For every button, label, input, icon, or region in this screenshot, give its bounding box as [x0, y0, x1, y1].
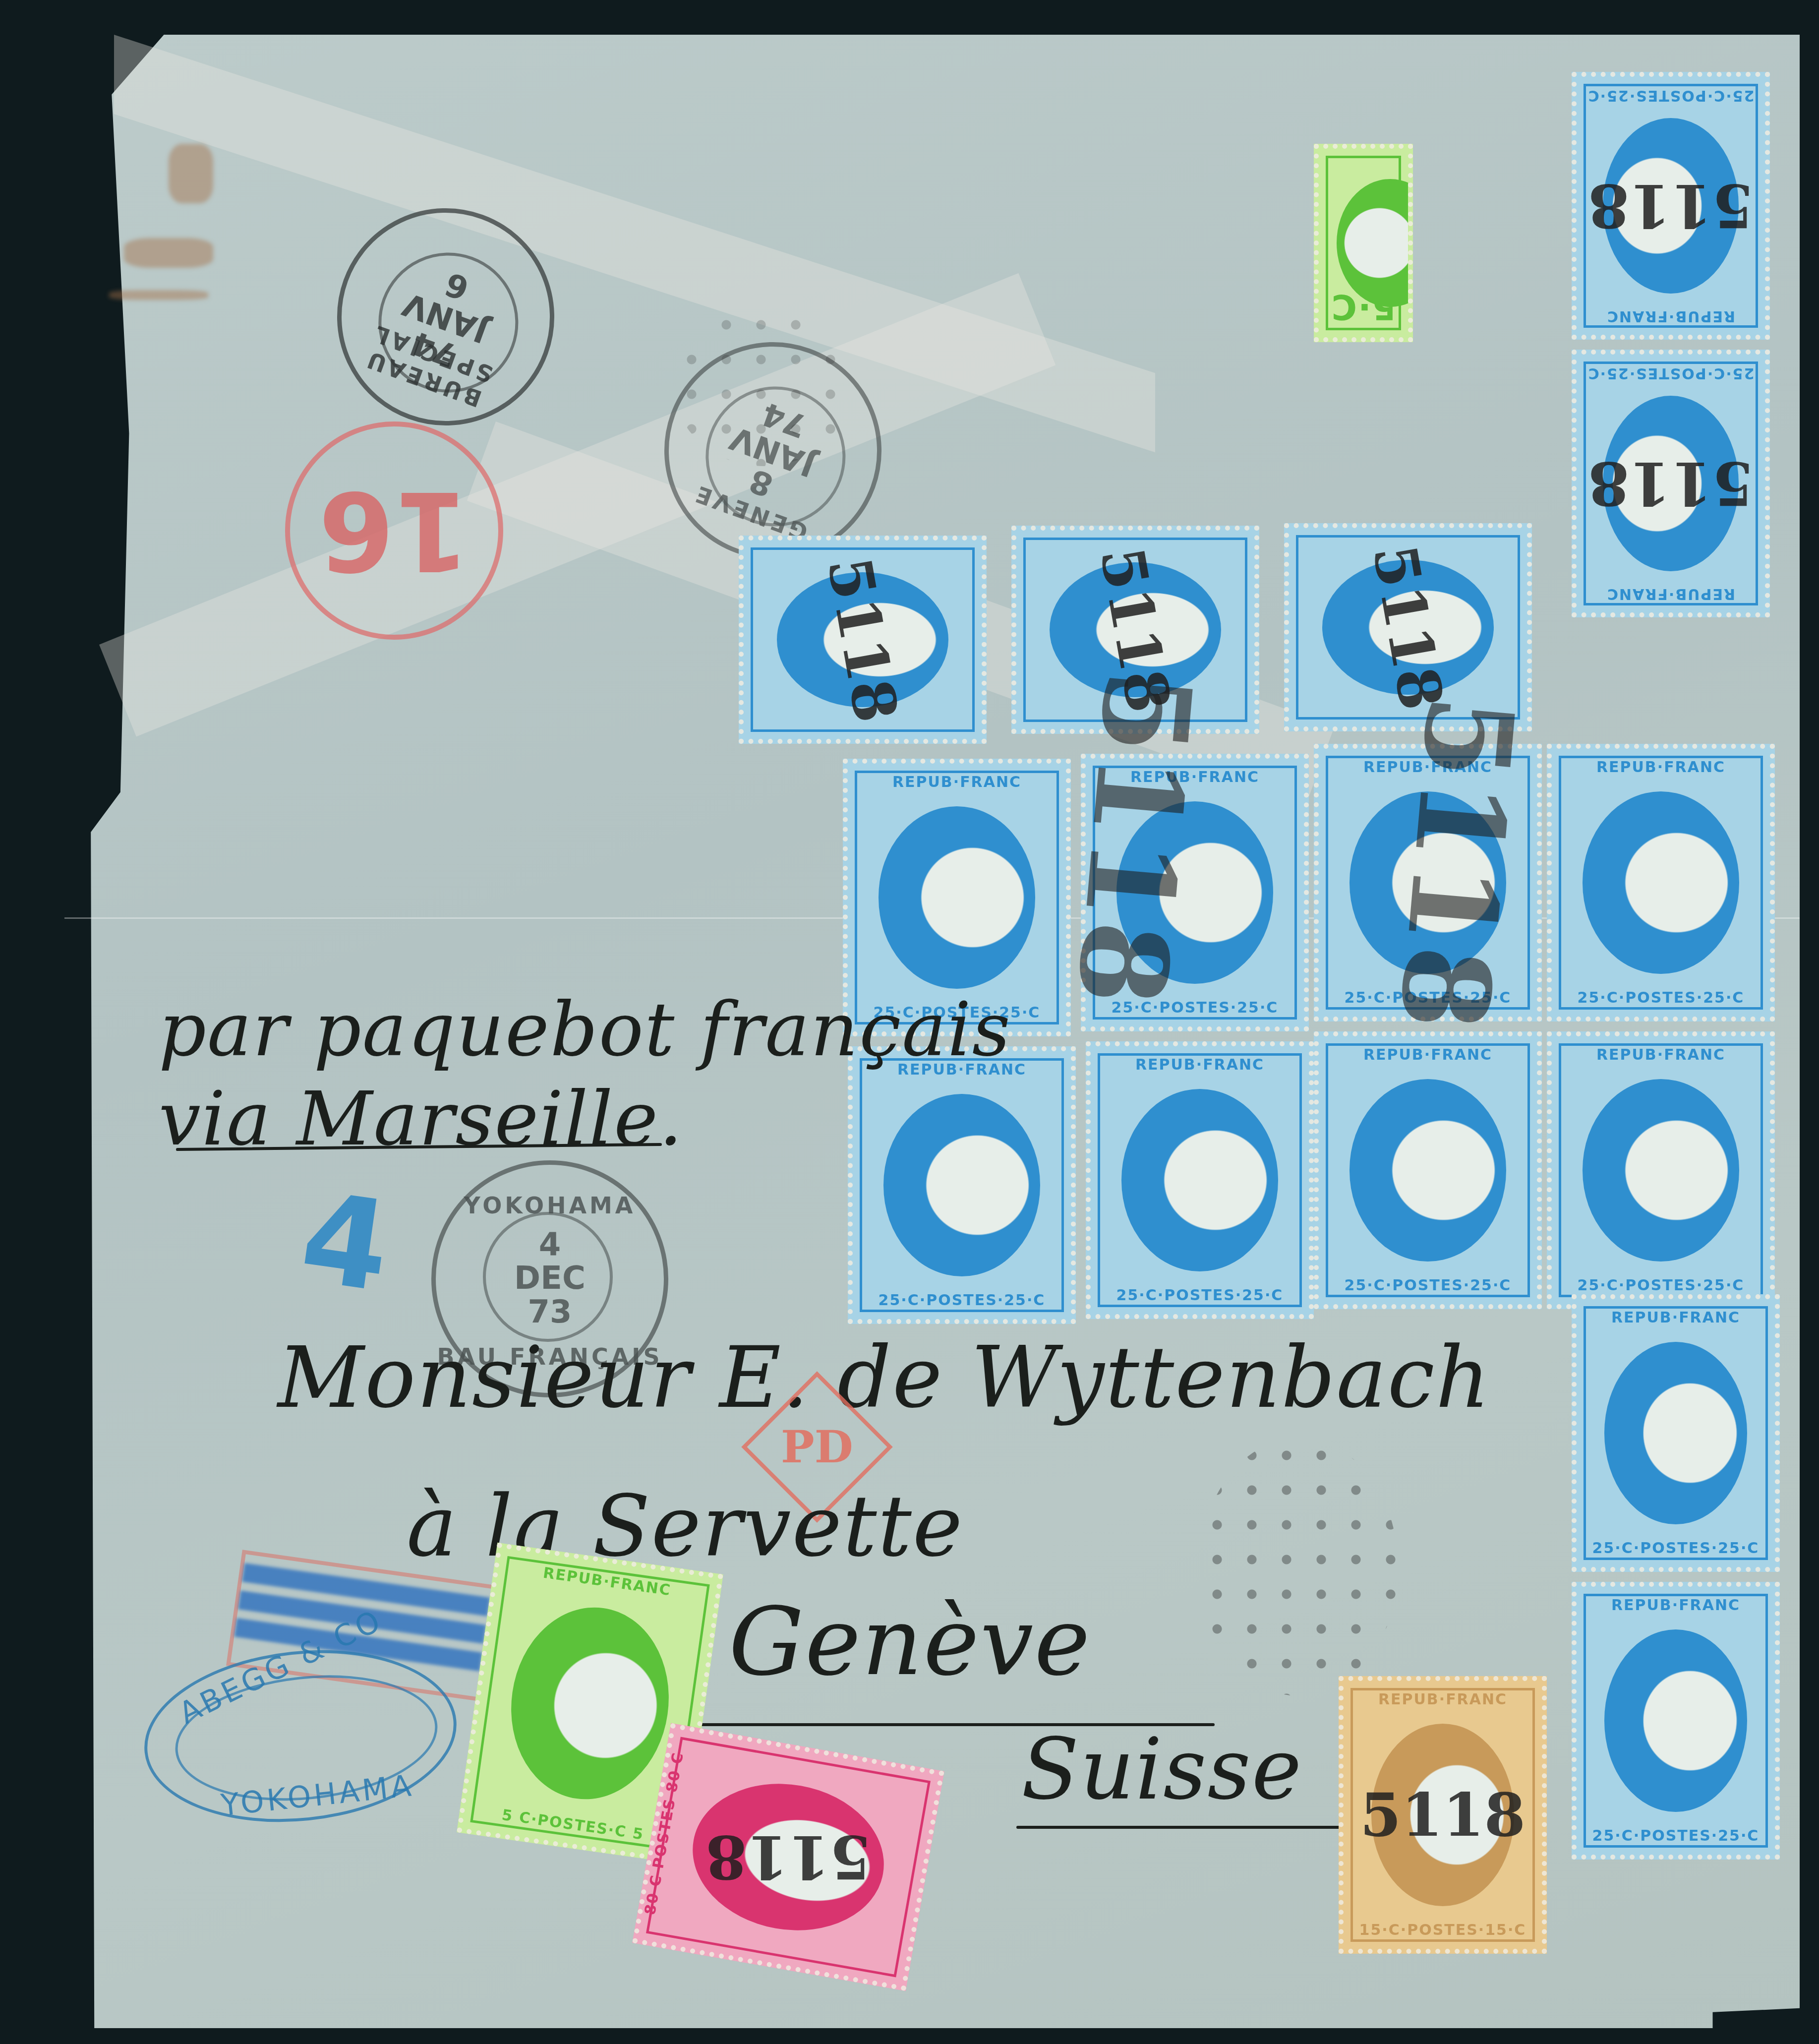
address-line-country: Suisse [1021, 1721, 1302, 1819]
dotted-cancel [674, 307, 853, 466]
address-line-city: Genève [729, 1587, 1091, 1696]
postmark-date: 4 DEC 73 [514, 1229, 586, 1329]
stamp-25c-blue: REPUB·FRANC 25·C·POSTES·25·C [1547, 744, 1775, 1022]
stamp-5c-green-fragment: 5·C [1314, 144, 1413, 342]
dotted-cancel [1200, 1438, 1398, 1696]
address-line-name: Monsieur E. de Wyttenbach [278, 1329, 1491, 1427]
stamp-25c-blue: REPUB·FRANC 25·C·POSTES·25·C 5118 [1572, 72, 1770, 340]
stamp-25c-blue: REPUB·FRANC 25·C·POSTES·25·C [1572, 1582, 1780, 1860]
country-underline [1016, 1826, 1363, 1829]
ink-stain [169, 144, 213, 203]
stamp-25c-blue: REPUB·FRANC 25·C·POSTES·25·C [848, 1046, 1076, 1324]
stamp-25c-blue: REPUB·FRANC 25·C·POSTES·25·C 5118 [1572, 350, 1770, 617]
numeral-cancel: 5118 [1372, 690, 1541, 1036]
routing-instruction-line1: par paquebot français [159, 987, 1011, 1073]
stamp-15c-bistre: REPUB·FRANC 15·C·POSTES·15·C 5118 [1339, 1676, 1547, 1954]
numeral-cancel: 5118 [1050, 665, 1219, 1012]
stamp-25c-blue: REPUB·FRANC 25·C·POSTES·25·C [1572, 1294, 1780, 1572]
stamp-25c-blue: REPUB·FRANC 25·C·POSTES·25·C [1547, 1031, 1775, 1309]
stamp-80c-rose: REPUB·FRANC 80 C POSTES 80 C 5118 [632, 1723, 944, 1991]
address-line-street: à la Servette [407, 1478, 963, 1576]
stamp-25c-blue: 5118 [739, 536, 987, 744]
ink-stain [109, 290, 208, 300]
stamp-25c-blue: REPUB·FRANC 25·C·POSTES·25·C [1314, 1031, 1542, 1309]
red-tax-circle: 16 [285, 421, 503, 640]
stamp-25c-blue: REPUB·FRANC 25·C·POSTES·25·C [1086, 1041, 1314, 1319]
ink-stain [124, 238, 213, 268]
